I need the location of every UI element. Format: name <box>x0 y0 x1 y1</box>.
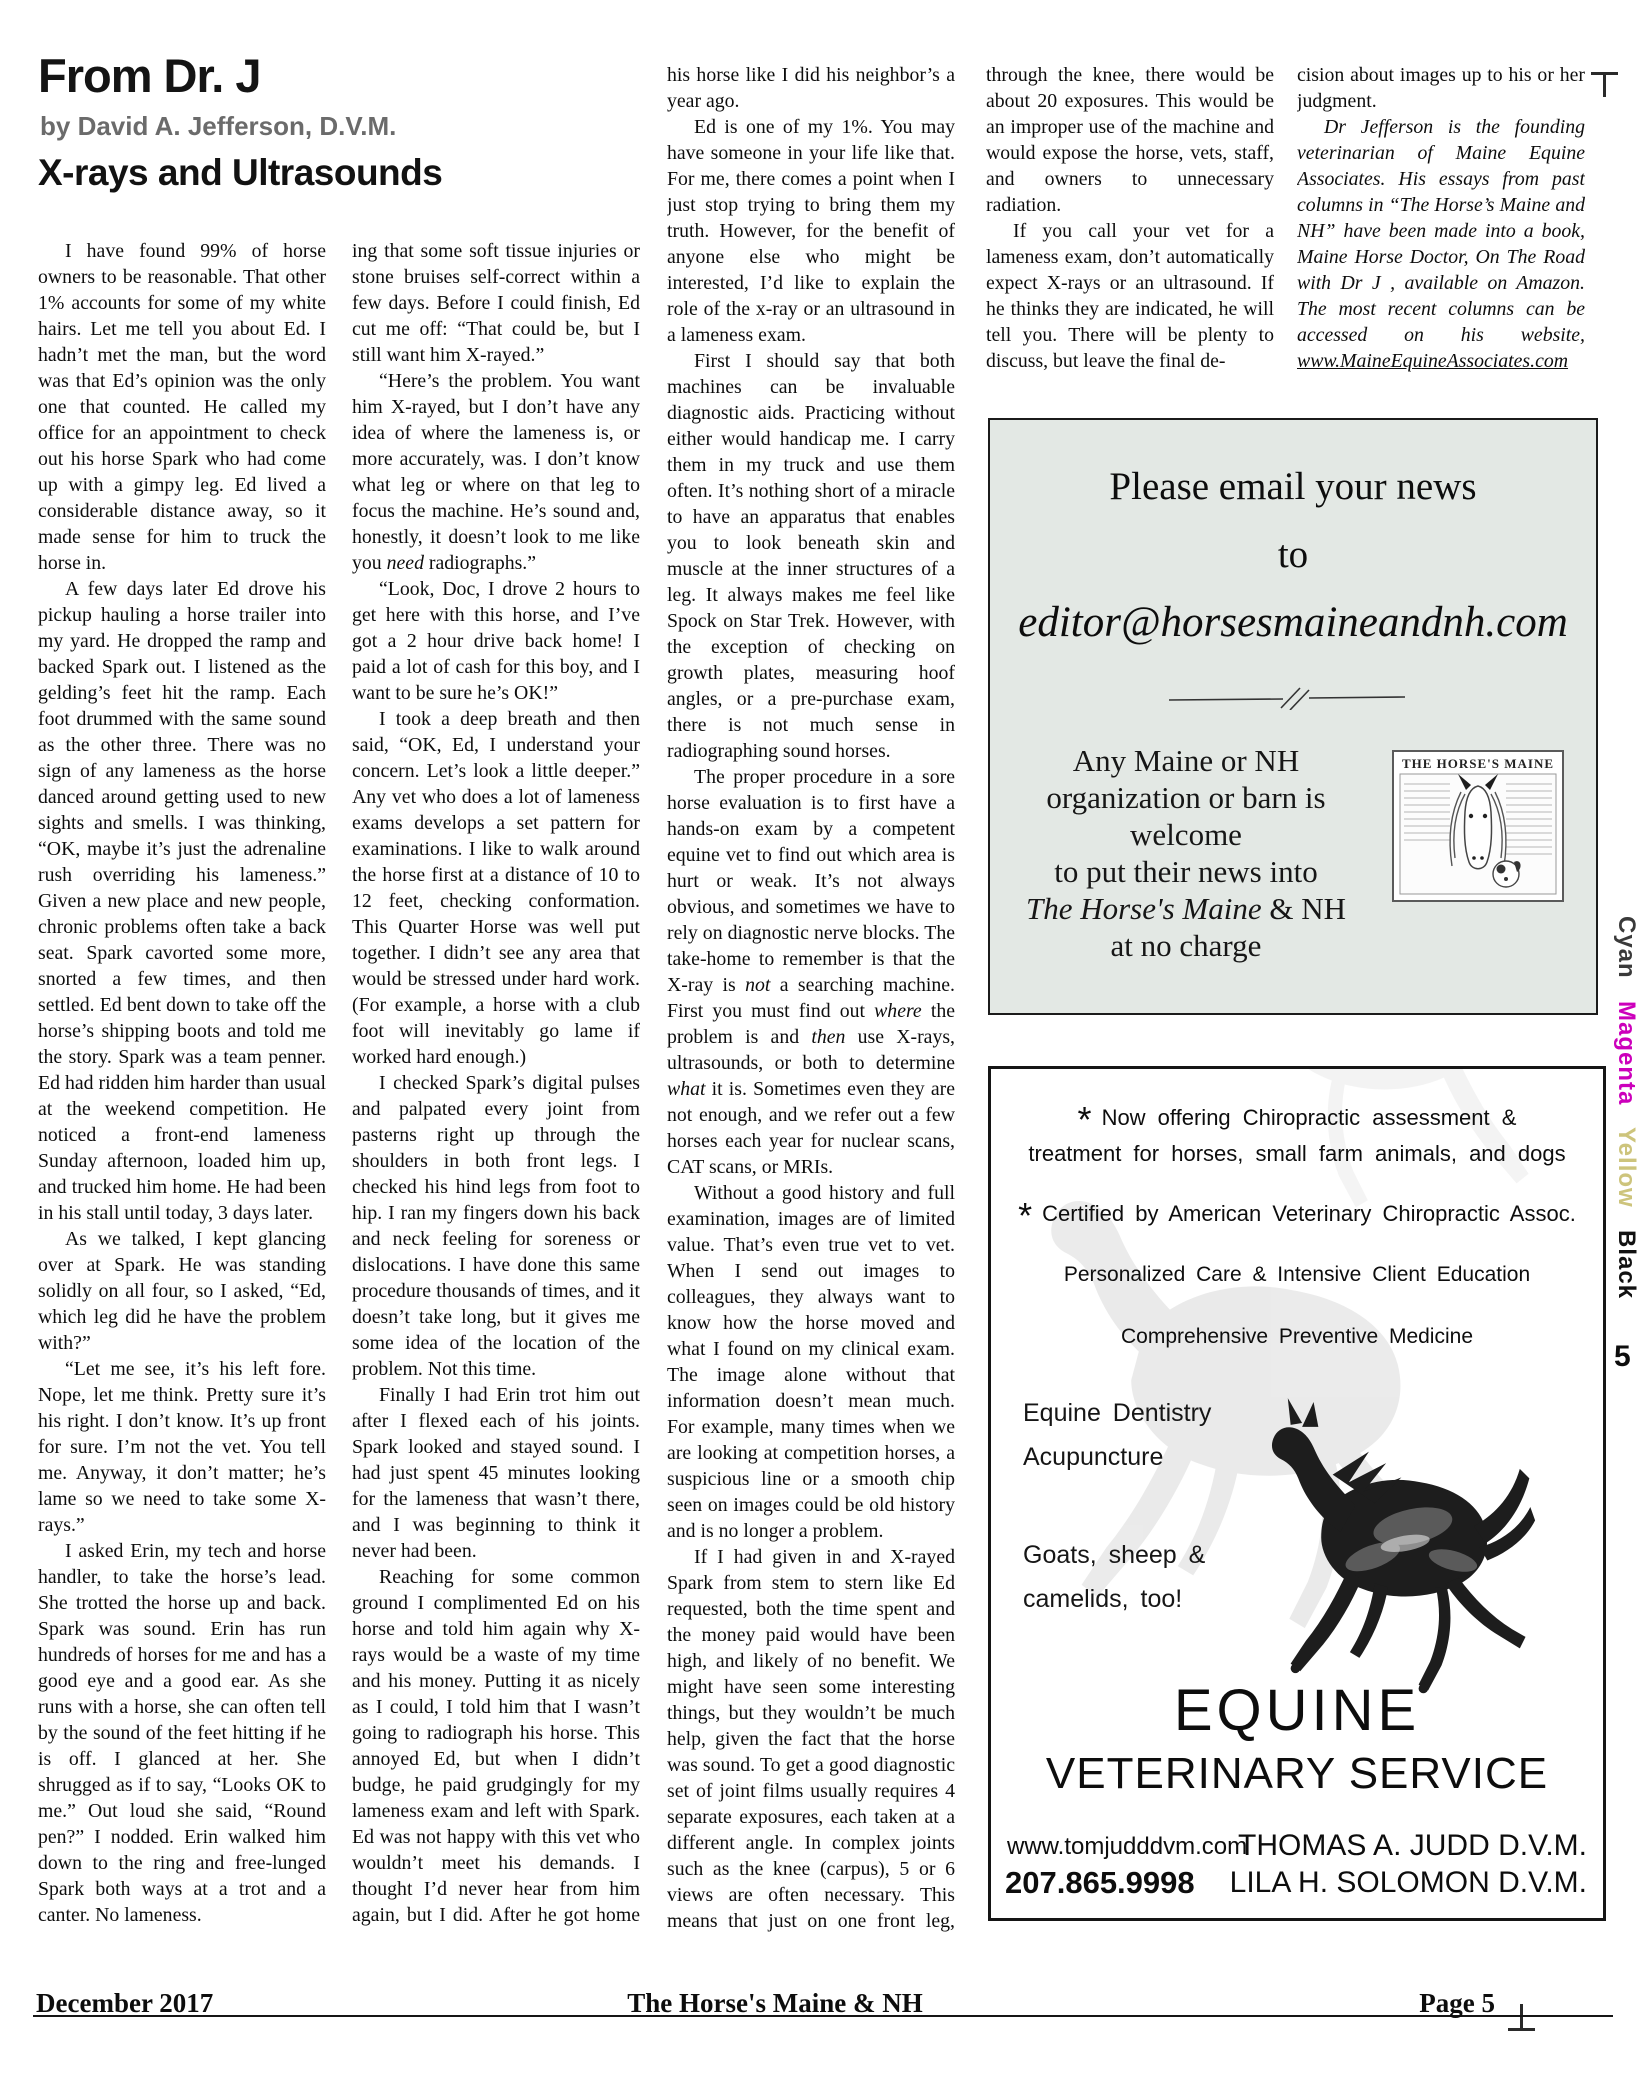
svg-text:THE HORSE'S MAINE: THE HORSE'S MAINE <box>1402 756 1554 771</box>
news-submission-ad: Please email your news to editor@horsesm… <box>988 418 1598 1015</box>
ad-business-name-line2: VETERINARY SERVICE <box>991 1749 1603 1799</box>
invite-line: Any Maine or NH <box>990 742 1382 779</box>
margin-page-number: 5 <box>1614 1340 1631 1374</box>
ad-bullet-2: *Certified by American Veterinary Chirop… <box>991 1195 1603 1237</box>
article-column-5: cision about images up to his or her jud… <box>1297 62 1585 374</box>
footer-page-number: Page 5 <box>1330 1988 1495 2019</box>
article-paragraph: “Here’s the problem. You want him X-raye… <box>352 368 640 576</box>
article-paragraph: through the knee, there would be about 2… <box>986 62 1274 218</box>
veterinarian-name-2: LILA H. SOLOMON D.V.M. <box>1230 1866 1587 1900</box>
article-header: From Dr. J by David A. Jefferson, D.V.M.… <box>38 48 658 194</box>
ad-website: www.tomjudddvm.com <box>1007 1833 1247 1861</box>
slash-divider-ornament <box>1163 686 1423 710</box>
ad-bullet-1-line-2: treatment for horses, small farm animals… <box>991 1141 1603 1167</box>
registration-color-label: Magenta <box>1613 1001 1640 1105</box>
article-paragraph: If you call your vet for a lameness exam… <box>986 218 1274 374</box>
byline: by David A. Jefferson, D.V.M. <box>40 111 658 142</box>
article-title: X-rays and Ultrasounds <box>38 152 658 194</box>
article-paragraph: As we talked, I kept glancing over at Sp… <box>38 1226 326 1356</box>
footer-issue-date: December 2017 <box>36 1988 213 2019</box>
crop-mark-bottom <box>1520 2004 1523 2030</box>
article-paragraph: ing that some soft tissue injuries or st… <box>352 238 640 368</box>
ad-bullet-1-line-1: *Now offering Chiropractic assessment & <box>991 1099 1603 1141</box>
article-paragraph: The proper procedure in a sore horse eva… <box>667 764 955 1180</box>
invite-line: welcome <box>990 816 1382 853</box>
print-color-registration-labels: CyanMagentaYellowBlack <box>1612 916 1640 1321</box>
invite-publication-name: The Horse's Maine & NH <box>990 890 1382 927</box>
article-paragraph: A few days later Ed drove his pickup hau… <box>38 576 326 1226</box>
article-column-4: through the knee, there would be about 2… <box>986 62 1274 380</box>
crop-mark-top <box>1603 72 1606 97</box>
article-column-3: his horse like I did his neighbor’s a ye… <box>667 62 955 1934</box>
newspaper-page: From Dr. J by David A. Jefferson, D.V.M.… <box>0 0 1650 2100</box>
asterisk-bullet: * <box>1018 1195 1032 1236</box>
article-paragraph: I asked Erin, my tech and horse handler,… <box>38 1538 326 1928</box>
crop-mark-bottom <box>1508 2028 1535 2031</box>
article-paragraph: I have found 99% of horse owners to be r… <box>38 238 326 576</box>
article-column-1: I have found 99% of horse owners to be r… <box>38 238 326 1932</box>
article-column-2: ing that some soft tissue injuries or st… <box>352 238 640 1932</box>
equine-veterinary-service-ad: *Now offering Chiropractic assessment & … <box>988 1066 1606 1921</box>
article-paragraph: If I had given in and X-rayed Spark from… <box>667 1544 955 1934</box>
article-paragraph: “Ed, I’m not seeing it. Your horse looks… <box>38 1928 326 1932</box>
article-paragraph: Reaching for some common ground I compli… <box>352 1564 640 1932</box>
news-invite-text: Any Maine or NH organization or barn is … <box>990 742 1382 964</box>
registration-color-label: Yellow <box>1613 1127 1640 1208</box>
article-paragraph: “Look, Doc, I drove 2 hours to get here … <box>352 576 640 706</box>
column-title: From Dr. J <box>38 48 658 103</box>
registration-color-label: Black <box>1613 1230 1640 1299</box>
news-ad-line2: to <box>990 532 1596 577</box>
ad-line-personalized-care: Personalized Care & Intensive Client Edu… <box>991 1263 1603 1287</box>
news-ad-line1: Please email your news <box>990 464 1596 509</box>
editor-email: editor@horsesmaineandnh.com <box>990 598 1596 647</box>
service-acupuncture: Acupuncture <box>1023 1443 1163 1472</box>
article-paragraph: Ed is one of my 1%. You may have someone… <box>667 114 955 348</box>
article-paragraph: Finally I had Erin trot him out after I … <box>352 1382 640 1564</box>
service-equine-dentistry: Equine Dentistry <box>1023 1399 1211 1428</box>
article-paragraph: “Let me see, it’s his left fore. Nope, l… <box>38 1356 326 1538</box>
article-paragraph: First I should say that both machines ca… <box>667 348 955 764</box>
invite-line: at no charge <box>990 927 1382 964</box>
article-paragraph: cision about images up to his or her jud… <box>1297 62 1585 114</box>
ad-business-name-line1: EQUINE <box>991 1677 1603 1744</box>
ad-phone-number: 207.865.9998 <box>1005 1865 1195 1901</box>
footer-publication-title: The Horse's Maine & NH <box>595 1988 955 2019</box>
article-paragraph: I took a deep breath and then said, “OK,… <box>352 706 640 1070</box>
invite-line: organization or barn is <box>990 779 1382 816</box>
asterisk-bullet: * <box>1078 1099 1092 1140</box>
registration-color-label: Cyan <box>1613 916 1640 979</box>
veterinarian-name-1: THOMAS A. JUDD D.V.M. <box>1238 1829 1587 1863</box>
book-cover-image: THE HORSE'S MAINE <box>1392 750 1564 902</box>
article-paragraph: Without a good history and full examinat… <box>667 1180 955 1544</box>
article-paragraph: I checked Spark’s digital pulses and pal… <box>352 1070 640 1382</box>
article-paragraph: Dr Jefferson is the founding veterinaria… <box>1297 114 1585 374</box>
service-camelids: camelids, too! <box>1023 1585 1182 1614</box>
ad-line-preventive-medicine: Comprehensive Preventive Medicine <box>991 1325 1603 1349</box>
invite-line: to put their news into <box>990 853 1382 890</box>
service-goats-sheep: Goats, sheep & <box>1023 1541 1205 1570</box>
article-paragraph: his horse like I did his neighbor’s a ye… <box>667 62 955 114</box>
galloping-horse-image <box>1241 1375 1537 1725</box>
